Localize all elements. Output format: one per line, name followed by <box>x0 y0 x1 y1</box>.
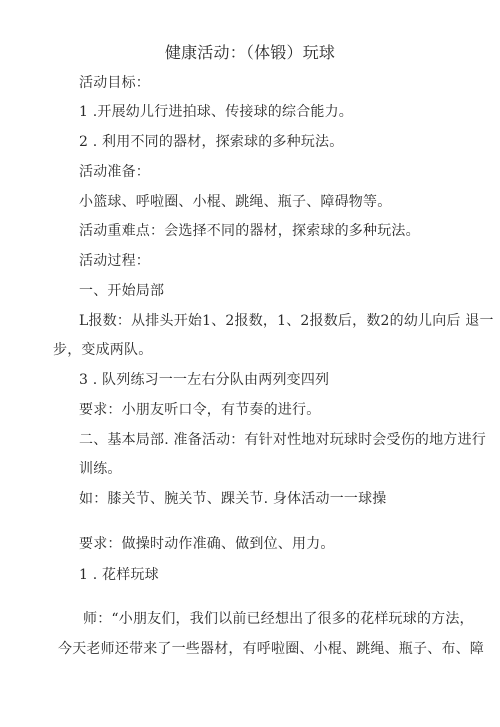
paragraph: 师：“小朋友们，我们以前已经想出了很多的花样玩球的方法， <box>83 610 474 628</box>
paragraph: 二、基本局部. 准备活动：有针对性地对玩球时会受伤的地方进行 <box>79 431 486 449</box>
paragraph: 小篮球、呼啦圈、小棍、跳绳、瓶子、障碍物等。 <box>79 193 391 211</box>
paragraph: 步，变成两队。 <box>53 341 152 359</box>
paragraph: 活动重难点：会选择不同的器材，探索球的多种玩法。 <box>79 222 420 240</box>
document-title: 健康活动：（体锻）玩球 <box>0 44 500 62</box>
paragraph: 如：膝关节、腕关节、踝关节. 身体活动一一球操 <box>79 490 387 508</box>
paragraph: 1 . 花样玩球 <box>79 566 159 584</box>
paragraph: 3 . 队列练习一一左右分队由两列变四列 <box>79 371 329 389</box>
paragraph: 要求：小朋友听口令，有节奏的进行。 <box>79 401 320 419</box>
paragraph: 一、开始局部 <box>79 282 164 300</box>
paragraph: 训练。 <box>79 460 122 478</box>
paragraph: L报数：从排头开始1、2报数，1、2报数后，数2的幼儿向后 退一 <box>79 312 494 330</box>
paragraph: 要求：做操时动作准确、做到位、用力。 <box>79 535 335 553</box>
section-heading-goals: 活动目标： <box>79 74 150 92</box>
paragraph: 今天老师还带来了一些器材，有呼啦圈、小棍、跳绳、瓶子、布、障 <box>58 640 484 658</box>
section-heading-process: 活动过程： <box>79 252 150 270</box>
paragraph: 1 .开展幼儿行进拍球、传接球的综合能力。 <box>79 103 353 121</box>
section-heading-preparation: 活动准备： <box>79 163 150 181</box>
paragraph: 2 . 利用不同的器材，探索球的多种玩法。 <box>79 133 343 151</box>
